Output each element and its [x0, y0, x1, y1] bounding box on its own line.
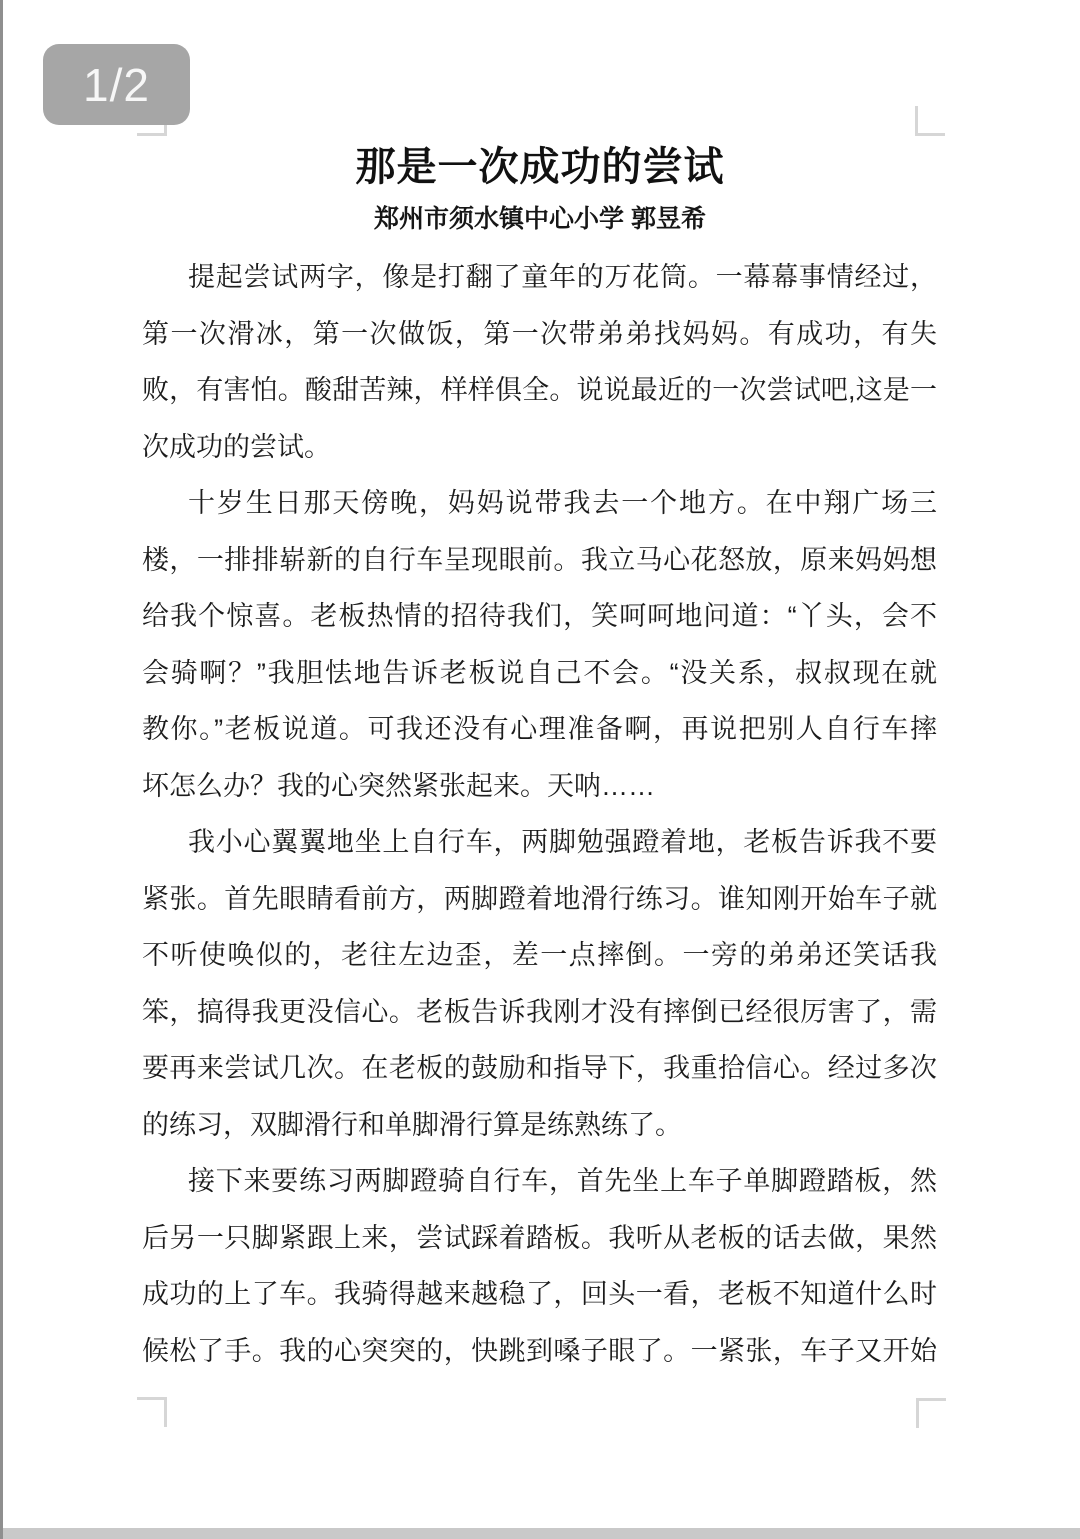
page-title: 那是一次成功的尝试 [0, 135, 1080, 192]
text-line: 不听使唤似的，老往左边歪，差一点摔倒。一旁的弟弟还笑话我 [142, 927, 937, 984]
text-line: 我小心翼翼地坐上自行车，两脚勉强蹬着地，老板告诉我不要 [142, 814, 937, 871]
text-line: 次成功的尝试。 [142, 419, 937, 476]
text-line: 要再来尝试几次。在老板的鼓励和指导下，我重拾信心。经过多次 [142, 1040, 937, 1097]
text-line: 候松了手。我的心突突的，快跳到嗓子眼了。一紧张，车子又开始 [142, 1323, 937, 1380]
text-line: 接下来要练习两脚蹬骑自行车，首先坐上车子单脚蹬踏板，然 [142, 1153, 937, 1210]
text-line: 会骑啊？”我胆怯地告诉老板说自己不会。“没关系，叔叔现在就 [142, 645, 937, 702]
text-line: 十岁生日那天傍晚，妈妈说带我去一个地方。在中翔广场三 [142, 475, 937, 532]
text-line: 教你。”老板说道。可我还没有心理准备啊，再说把别人自行车摔 [142, 701, 937, 758]
text-line: 坏怎么办？我的心突然紧张起来。天呐…… [142, 758, 937, 815]
text-line: 败，有害怕。酸甜苦辣，样样俱全。说说最近的一次尝试吧,这是一 [142, 362, 937, 419]
text-line: 成功的上了车。我骑得越来越稳了，回头一看，老板不知道什么时 [142, 1266, 937, 1323]
document-body: 提起尝试两字，像是打翻了童年的万花筒。一幕幕事情经过， 第一次滑冰，第一次做饭，… [142, 249, 937, 1379]
left-edge-shadow [0, 0, 3, 1539]
corner-mark-top-right [915, 106, 945, 136]
bottom-bar [0, 1528, 1080, 1539]
page-indicator-badge: 1/2 [43, 44, 190, 125]
text-line: 第一次滑冰，第一次做饭，第一次带弟弟找妈妈。有成功，有失 [142, 306, 937, 363]
byline: 郑州市须水镇中心小学 郭昱希 [0, 199, 1080, 235]
corner-mark-bottom-left [137, 1397, 167, 1427]
text-line: 提起尝试两字，像是打翻了童年的万花筒。一幕幕事情经过， [142, 249, 937, 306]
text-line: 紧张。首先眼睛看前方，两脚蹬着地滑行练习。谁知刚开始车子就 [142, 871, 937, 928]
text-line: 笨，搞得我更没信心。老板告诉我刚才没有摔倒已经很厉害了，需 [142, 984, 937, 1041]
text-line: 给我个惊喜。老板热情的招待我们，笑呵呵地问道：“丫头，会不 [142, 588, 937, 645]
text-line: 后另一只脚紧跟上来，尝试踩着踏板。我听从老板的话去做，果然 [142, 1210, 937, 1267]
text-line: 楼，一排排崭新的自行车呈现眼前。我立马心花怒放，原来妈妈想 [142, 532, 937, 589]
corner-mark-bottom-right [916, 1398, 946, 1428]
text-line: 的练习，双脚滑行和单脚滑行算是练熟练了。 [142, 1097, 937, 1154]
